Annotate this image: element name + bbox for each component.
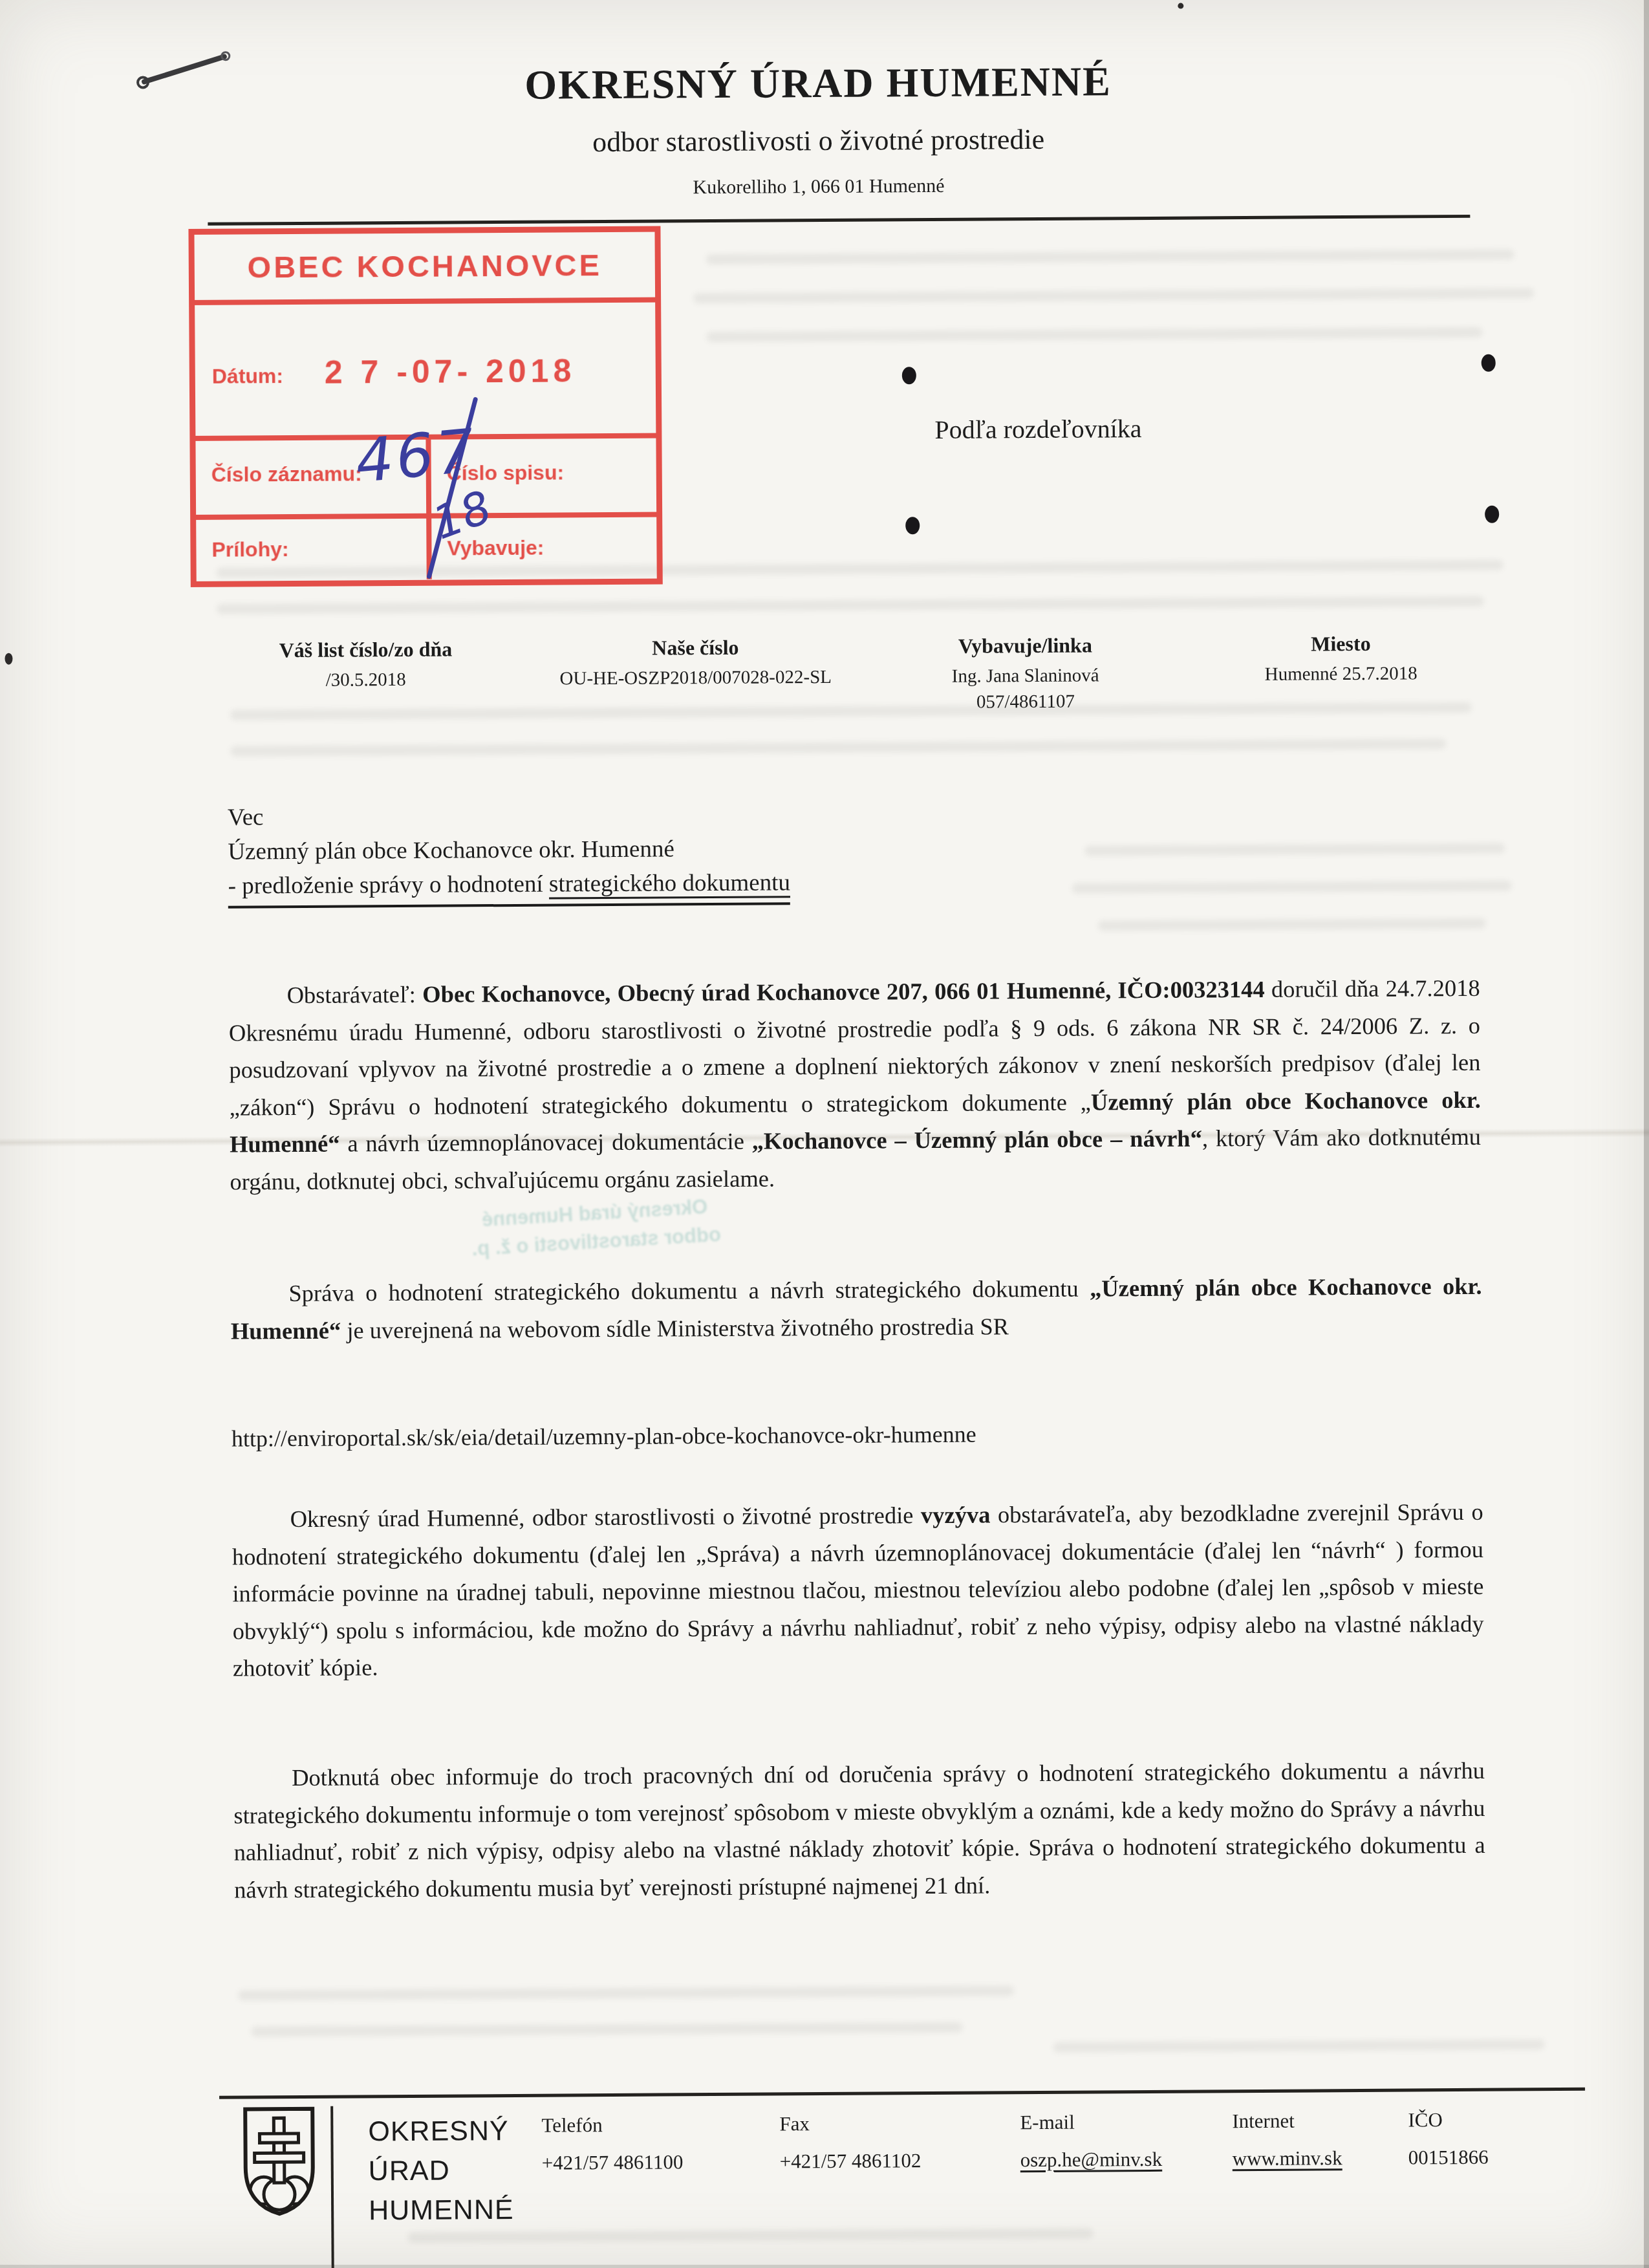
scan-edge-shadow [0, 2265, 1649, 2268]
stamp-municipality-name: OBEC KOCHANOVCE [194, 232, 655, 305]
footer-ico: IČO 00151866 [1408, 2108, 1489, 2170]
registration-dot [902, 367, 916, 384]
subject-line2: - predloženie správy o hodnotení strateg… [228, 865, 790, 908]
footer-phone: Telefón +421/57 4861100 [541, 2113, 683, 2174]
footer-label: Telefón [541, 2113, 683, 2137]
footer-internet: Internet www.minv.sk [1232, 2109, 1342, 2170]
meta-label: Miesto [1198, 631, 1483, 657]
ghost-text-smudge [1084, 843, 1505, 856]
registration-dot [1485, 506, 1499, 523]
meta-place: Miesto Humenné 25.7.2018 [1198, 631, 1483, 688]
department-subtitle: odbor starostlivosti o životné prostredi… [0, 119, 1643, 162]
footer-label: Internet [1232, 2109, 1342, 2133]
meta-value: Humenné 25.7.2018 [1199, 660, 1483, 688]
stamp-date-label: Dátum: [212, 364, 283, 389]
meta-value: Ing. Jana Slaninová [896, 662, 1155, 689]
footer-label: IČO [1408, 2108, 1488, 2132]
scan-speck [5, 653, 12, 665]
footer-value: +421/57 4861102 [780, 2149, 921, 2173]
footer-vertical-divider [330, 2106, 334, 2268]
footer-email: E-mail oszp.he@minv.sk [1020, 2110, 1162, 2172]
registry-stamp: OBEC KOCHANOVCE Dátum: 2 7 -07- 2018 Čís… [188, 226, 662, 587]
ghost-text-smudge [1072, 881, 1512, 894]
ghost-text-smudge [693, 288, 1534, 303]
ghost-text-smudge [1098, 918, 1486, 931]
subject-line2-text: - predloženie správy o hodnotení [228, 871, 550, 900]
paper-sheet: Okresný úrad Humenné odbor starostlivost… [0, 0, 1649, 2268]
recipient-line: Podľa rozdeľovníka [934, 413, 1141, 445]
body-paragraph-1: Obstarávateľ: Obec Kochanovce, Obecný úr… [228, 969, 1481, 1200]
scan-edge-shadow [1644, 0, 1649, 2268]
footer-label: E-mail [1020, 2110, 1162, 2134]
footer-office-line: OKRESNÝ [368, 2111, 513, 2152]
footer-fax: Fax +421/57 4861102 [779, 2111, 921, 2173]
ghost-text-smudge [230, 702, 1472, 720]
footer-office-line: ÚRAD [369, 2151, 514, 2191]
footer-value: +421/57 4861100 [542, 2150, 684, 2174]
ghost-text-smudge [238, 1985, 1014, 2000]
meta-label: Vybavuje/linka [896, 633, 1154, 658]
meta-value: 057/4861107 [896, 688, 1155, 715]
footer-office-name: OKRESNÝ ÚRAD HUMENNÉ [368, 2111, 514, 2230]
stamp-attachments-label: Prílohy: [211, 537, 288, 562]
slovak-coat-of-arms [240, 2105, 318, 2217]
meta-label: Naše číslo [511, 634, 879, 660]
footer-value: www.minv.sk [1233, 2146, 1342, 2170]
meta-your-ref: Váš list číslo/zo dňa /30.5.2018 [226, 637, 505, 694]
subject-line1: Územný plán obce Kochanovce okr. Humenné [228, 831, 790, 869]
stamp-attachments-row: Prílohy: Vybavuje: [196, 517, 657, 581]
ghost-text-smudge [706, 249, 1514, 265]
subject-line2-underlined: strategického dokumentu [549, 869, 790, 897]
meta-our-ref: Naše číslo OU-HE-OSZP2018/007028-022-SL [511, 634, 880, 691]
ghost-stamp-show-through: Okresný úrad Humenné odbor starostlivost… [426, 1189, 765, 1266]
page-title: OKRESNÝ ÚRAD HUMENNÉ [0, 54, 1643, 113]
stamp-attachments-cell: Prílohy: [196, 519, 432, 581]
ghost-text-smudge [251, 2022, 962, 2037]
registration-dot [1482, 354, 1496, 372]
scanned-letter-page: Okresný úrad Humenné odbor starostlivost… [0, 0, 1649, 2268]
ghost-text-smudge [407, 2228, 1093, 2242]
ghost-text-smudge [230, 739, 1446, 756]
body-paragraph-4: Dotknutá obec informuje do troch pracovn… [233, 1752, 1485, 1908]
body-paragraph-2: Správa o hodnotení strategického dokumen… [230, 1268, 1482, 1350]
ghost-text-smudge [1053, 2039, 1545, 2053]
stamp-date-value: 2 7 -07- 2018 [325, 352, 576, 391]
meta-label: Váš list číslo/zo dňa [226, 637, 504, 663]
body-paragraph-3: Okresný úrad Humenné, odbor starostlivos… [232, 1493, 1484, 1687]
stamp-record-label: Číslo záznamu: [211, 462, 362, 486]
scan-speck [1178, 3, 1183, 9]
footer-value: 00151866 [1408, 2146, 1489, 2170]
ghost-text-smudge [706, 327, 1482, 342]
footer-label: Fax [779, 2111, 921, 2135]
footer-office-line: HUMENNÉ [369, 2190, 514, 2230]
meta-handler: Vybavuje/linka Ing. Jana Slaninová 057/4… [896, 633, 1155, 715]
footer-value: oszp.he@minv.sk [1020, 2148, 1163, 2172]
enviroportal-url: http://enviroportal.sk/sk/eia/detail/uze… [232, 1421, 976, 1453]
subject-label: Vec [228, 797, 790, 834]
registration-dot [905, 517, 920, 534]
meta-value: /30.5.2018 [227, 666, 505, 694]
footer-divider [219, 2088, 1585, 2099]
subject-block: Vec Územný plán obce Kochanovce okr. Hum… [228, 797, 790, 908]
office-address: Kukorelliho 1, 066 01 Humenné [0, 171, 1643, 203]
ghost-text-smudge [217, 596, 1484, 614]
header-divider [208, 215, 1470, 226]
meta-value: OU-HE-OSZP2018/007028-022-SL [512, 664, 880, 691]
